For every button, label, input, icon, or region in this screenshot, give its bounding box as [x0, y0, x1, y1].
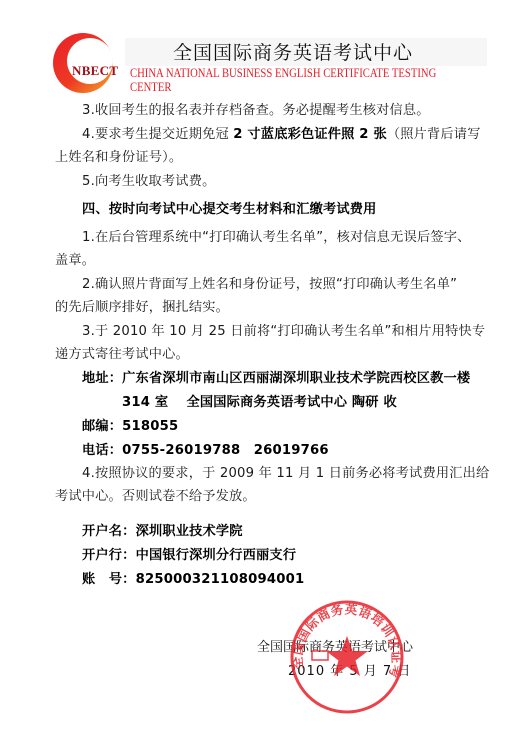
header-title-en: CHINA NATIONAL BUSINESS ENGLISH CERTIFIC… — [130, 66, 474, 94]
section-heading: 四、按时向考试中心提交考生材料和汇缴考试费用 — [82, 202, 377, 218]
postcode: 邮编：518055 — [82, 419, 178, 435]
item-5: 5.向考生收取考试费。 — [82, 174, 215, 190]
sub-item-4-continued: 考试中心。否则试卷不给予发放。 — [55, 489, 256, 505]
address-line-1: 广东省深圳市南山区西丽湖深圳职业技术学院西校区教一楼 — [122, 371, 470, 386]
item-4-text: 4.要求考生提交近期免冠 — [82, 127, 233, 142]
bank-name: 开户行：中国银行深圳分行西丽支行 — [82, 548, 296, 564]
phone-value: 0755-26019788 26019766 — [122, 443, 329, 458]
sub-item-1: 1.在后台管理系统中“打印确认考生名单”，核对信息无误后签字、 — [82, 230, 471, 246]
account-number: 账 号：825000321108094001 — [82, 572, 304, 588]
phone: 电话：0755-26019788 26019766 — [82, 443, 329, 459]
sub-item-4: 4.按照协议的要求，于 2009 年 11 月 1 日前务必将考试费用汇出给 — [82, 466, 489, 482]
item-4-continued: 上姓名和身份证号）。 — [55, 150, 182, 166]
item-4-text-post: （照片背后请写 — [387, 127, 481, 142]
item-3: 3.收回考生的报名表并存档备查。务必提醒考生核对信息。 — [82, 103, 430, 119]
account-number-label: 账 号： — [82, 572, 136, 587]
account-name-value: 深圳职业技术学院 — [136, 524, 243, 539]
sub-item-2-continued: 的先后顺序排好，捆扎结实。 — [55, 300, 229, 316]
address: 地址：广东省深圳市南山区西丽湖深圳职业技术学院西校区教一楼 — [82, 371, 470, 387]
bank-value: 中国银行深圳分行西丽支行 — [136, 548, 297, 563]
bank-label: 开户行： — [82, 548, 136, 563]
official-stamp-icon: 全国国际商务英语培训认证考试中心 — [288, 598, 406, 716]
header-title-cn: 全国国际商务英语考试中心 — [173, 41, 413, 65]
account-name-label: 开户名： — [82, 524, 136, 539]
address-label: 地址： — [82, 371, 122, 386]
sub-item-1-continued: 盖章。 — [55, 253, 95, 269]
phone-label: 电话： — [82, 443, 122, 458]
sub-item-3-continued: 递方式寄往考试中心。 — [55, 347, 189, 363]
sub-item-2: 2.确认照片背面写上姓名和身份证号，按照“打印确认考生名单” — [82, 277, 457, 293]
logo-text: NBECT — [72, 63, 118, 79]
postcode-label: 邮编： — [82, 419, 122, 434]
account-number-value: 825000321108094001 — [136, 572, 305, 587]
item-4: 4.要求考生提交近期免冠 2 寸蓝底彩色证件照 2 张（照片背后请写 — [82, 127, 481, 143]
item-4-bold: 2 寸蓝底彩色证件照 2 张 — [233, 127, 387, 142]
postcode-value: 518055 — [122, 419, 178, 434]
address-line-2: 314 室 全国国际商务英语考试中心 陶研 收 — [122, 395, 397, 411]
sub-item-3: 3.于 2010 年 10 月 25 日前将“打印确认考生名单”和相片用特快专 — [82, 324, 485, 340]
account-name: 开户名：深圳职业技术学院 — [82, 524, 243, 540]
